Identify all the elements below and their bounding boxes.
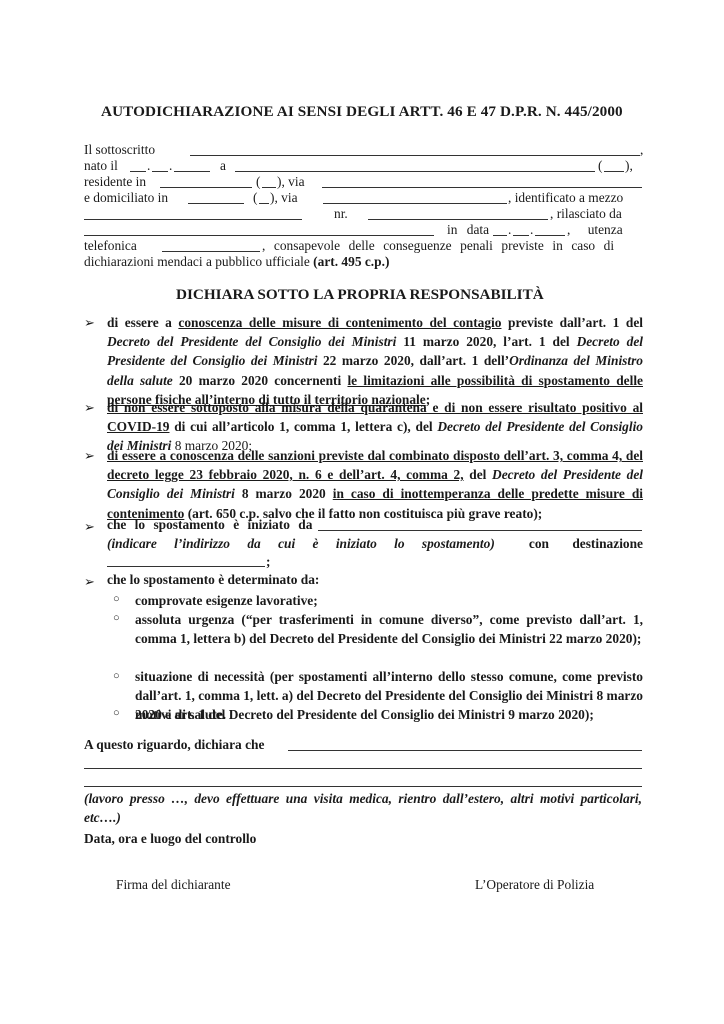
destination-field[interactable] <box>107 566 265 567</box>
telefonica-label: telefonica <box>84 238 137 254</box>
a-label: a <box>220 158 226 174</box>
issued-by-field[interactable] <box>84 235 434 236</box>
nato-label: nato il <box>84 158 118 174</box>
start-address-field[interactable] <box>318 530 642 531</box>
dichiarazioni-text: dichiarazioni mendaci a pubblico ufficia… <box>84 254 313 269</box>
birth-year-field[interactable] <box>174 171 210 172</box>
issue-year-field[interactable] <box>535 235 565 236</box>
section-heading: DICHIARA SOTTO LA PROPRIA RESPONSABILITÀ <box>176 286 544 304</box>
residence-province-field[interactable] <box>262 187 276 188</box>
riguardo-label: A questo riguardo, dichiara che <box>84 737 264 753</box>
spostamento-iniziato-label: che lo spostamento è iniziato da <box>107 517 312 533</box>
domicile-province-field[interactable] <box>259 203 269 204</box>
circle-bullet-icon: ○ <box>113 670 120 682</box>
destinazione-label: con destinazione <box>529 536 643 552</box>
issue-day-field[interactable] <box>493 235 507 236</box>
circle-bullet-icon: ○ <box>113 593 120 605</box>
birth-day-field[interactable] <box>130 171 146 172</box>
arrow-bullet-icon: ➢ <box>84 400 95 416</box>
birth-month-field[interactable] <box>152 171 168 172</box>
sottoscritto-field[interactable] <box>190 155 640 156</box>
riguardo-field-line-1[interactable] <box>288 750 642 751</box>
birthplace-field[interactable] <box>235 171 595 172</box>
declaration-item-3: di essere a conoscenza delle sanzioni pr… <box>107 446 643 523</box>
operatore-polizia-label: L’Operatore di Polizia <box>475 877 594 893</box>
circle-bullet-icon: ○ <box>113 612 120 624</box>
arrow-bullet-icon: ➢ <box>84 574 95 590</box>
arrow-bullet-icon: ➢ <box>84 448 95 464</box>
controllo-label: Data, ora e luogo del controllo <box>84 831 256 847</box>
start-address-hint: (indicare l’indirizzo da cui è iniziato … <box>107 536 495 552</box>
arrow-bullet-icon: ➢ <box>84 315 95 331</box>
riguardo-hint: (lavoro presso …, devo effettuare una vi… <box>84 789 642 827</box>
riguardo-field-line-2[interactable] <box>84 768 642 769</box>
arrow-bullet-icon: ➢ <box>84 519 95 535</box>
art495-ref: (art. 495 c.p.) <box>313 254 389 269</box>
reason-option-urgency[interactable]: assoluta urgenza (“per trasferimenti in … <box>135 610 643 648</box>
residente-label: residente in <box>84 174 146 190</box>
circle-bullet-icon: ○ <box>113 707 120 719</box>
document-title: AUTODICHIARAZIONE AI SENSI DEGLI ARTT. 4… <box>101 103 623 121</box>
issue-month-field[interactable] <box>513 235 529 236</box>
reason-option-work[interactable]: comprovate esigenze lavorative; <box>135 591 643 610</box>
riguardo-field-line-3[interactable] <box>84 786 642 787</box>
reason-option-health[interactable]: motivi di salute. <box>135 705 643 724</box>
id-number-field[interactable] <box>368 219 548 220</box>
domicile-street-field[interactable] <box>323 203 507 204</box>
residence-street-field[interactable] <box>322 187 642 188</box>
determinato-label: che lo spostamento è determinato da: <box>107 572 319 588</box>
domiciliato-label: e domiciliato in <box>84 190 168 206</box>
sottoscritto-label: Il sottoscritto <box>84 142 155 158</box>
id-document-type-field[interactable] <box>84 219 302 220</box>
declaration-item-1: di essere a conoscenza delle misure di c… <box>107 313 643 409</box>
birth-province-field[interactable] <box>604 171 624 172</box>
firma-dichiarante-label: Firma del dichiarante <box>116 877 231 893</box>
residence-city-field[interactable] <box>160 187 252 188</box>
phone-field[interactable] <box>162 251 260 252</box>
domicile-city-field[interactable] <box>188 203 244 204</box>
